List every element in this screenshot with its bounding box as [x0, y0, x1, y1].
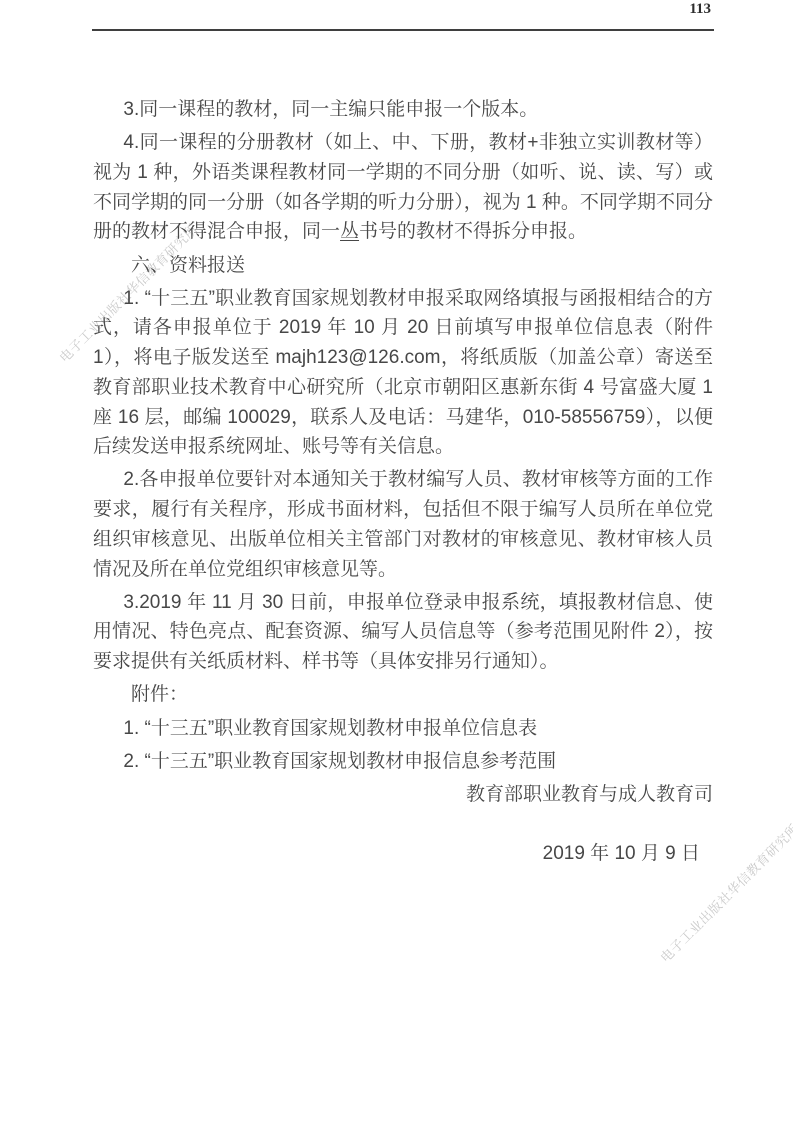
paragraph-rule-3: 3.同一课程的教材，同一主编只能申报一个版本。: [93, 95, 713, 125]
document-page: 113 电子工业出版社华信教育研究所 电子工业出版社华信教育研究所 3.同一课程…: [0, 0, 793, 1122]
paragraph-submission-1: 1. “十三五”职业教育国家规划教材申报采取网络填报与函报相结合的方式，请各申报…: [93, 284, 713, 462]
signature: 教育部职业教育与成人教育司: [93, 780, 713, 810]
paragraph-submission-3: 3.2019 年 11 月 30 日前，申报单位登录申报系统，填报教材信息、使用…: [93, 588, 713, 677]
attachment-item-2: 2. “十三五”职业教育国家规划教材申报信息参考范围: [93, 747, 713, 777]
paragraph-submission-2: 2.各申报单位要针对本通知关于教材编写人员、教材审核等方面的工作要求，履行有关程…: [93, 465, 713, 584]
date: 2019 年 10 月 9 日: [93, 839, 713, 869]
paragraph-rule-4: 4.同一课程的分册教材（如上、中、下册，教材+非独立实训教材等）视为 1 种，外…: [93, 128, 713, 247]
header-rule: [92, 29, 714, 31]
attachment-item-1: 1. “十三五”职业教育国家规划教材申报单位信息表: [93, 714, 713, 744]
attachments-label: 附件：: [93, 680, 713, 710]
section-heading: 六、资料报送: [93, 251, 713, 281]
document-body: 3.同一课程的教材，同一主编只能申报一个版本。 4.同一课程的分册教材（如上、中…: [93, 95, 713, 872]
underlined-character: 丛: [340, 221, 359, 242]
page-number: 113: [689, 1, 711, 18]
paragraph-rule-4-end: 书号的教材不得拆分申报。: [359, 221, 587, 242]
